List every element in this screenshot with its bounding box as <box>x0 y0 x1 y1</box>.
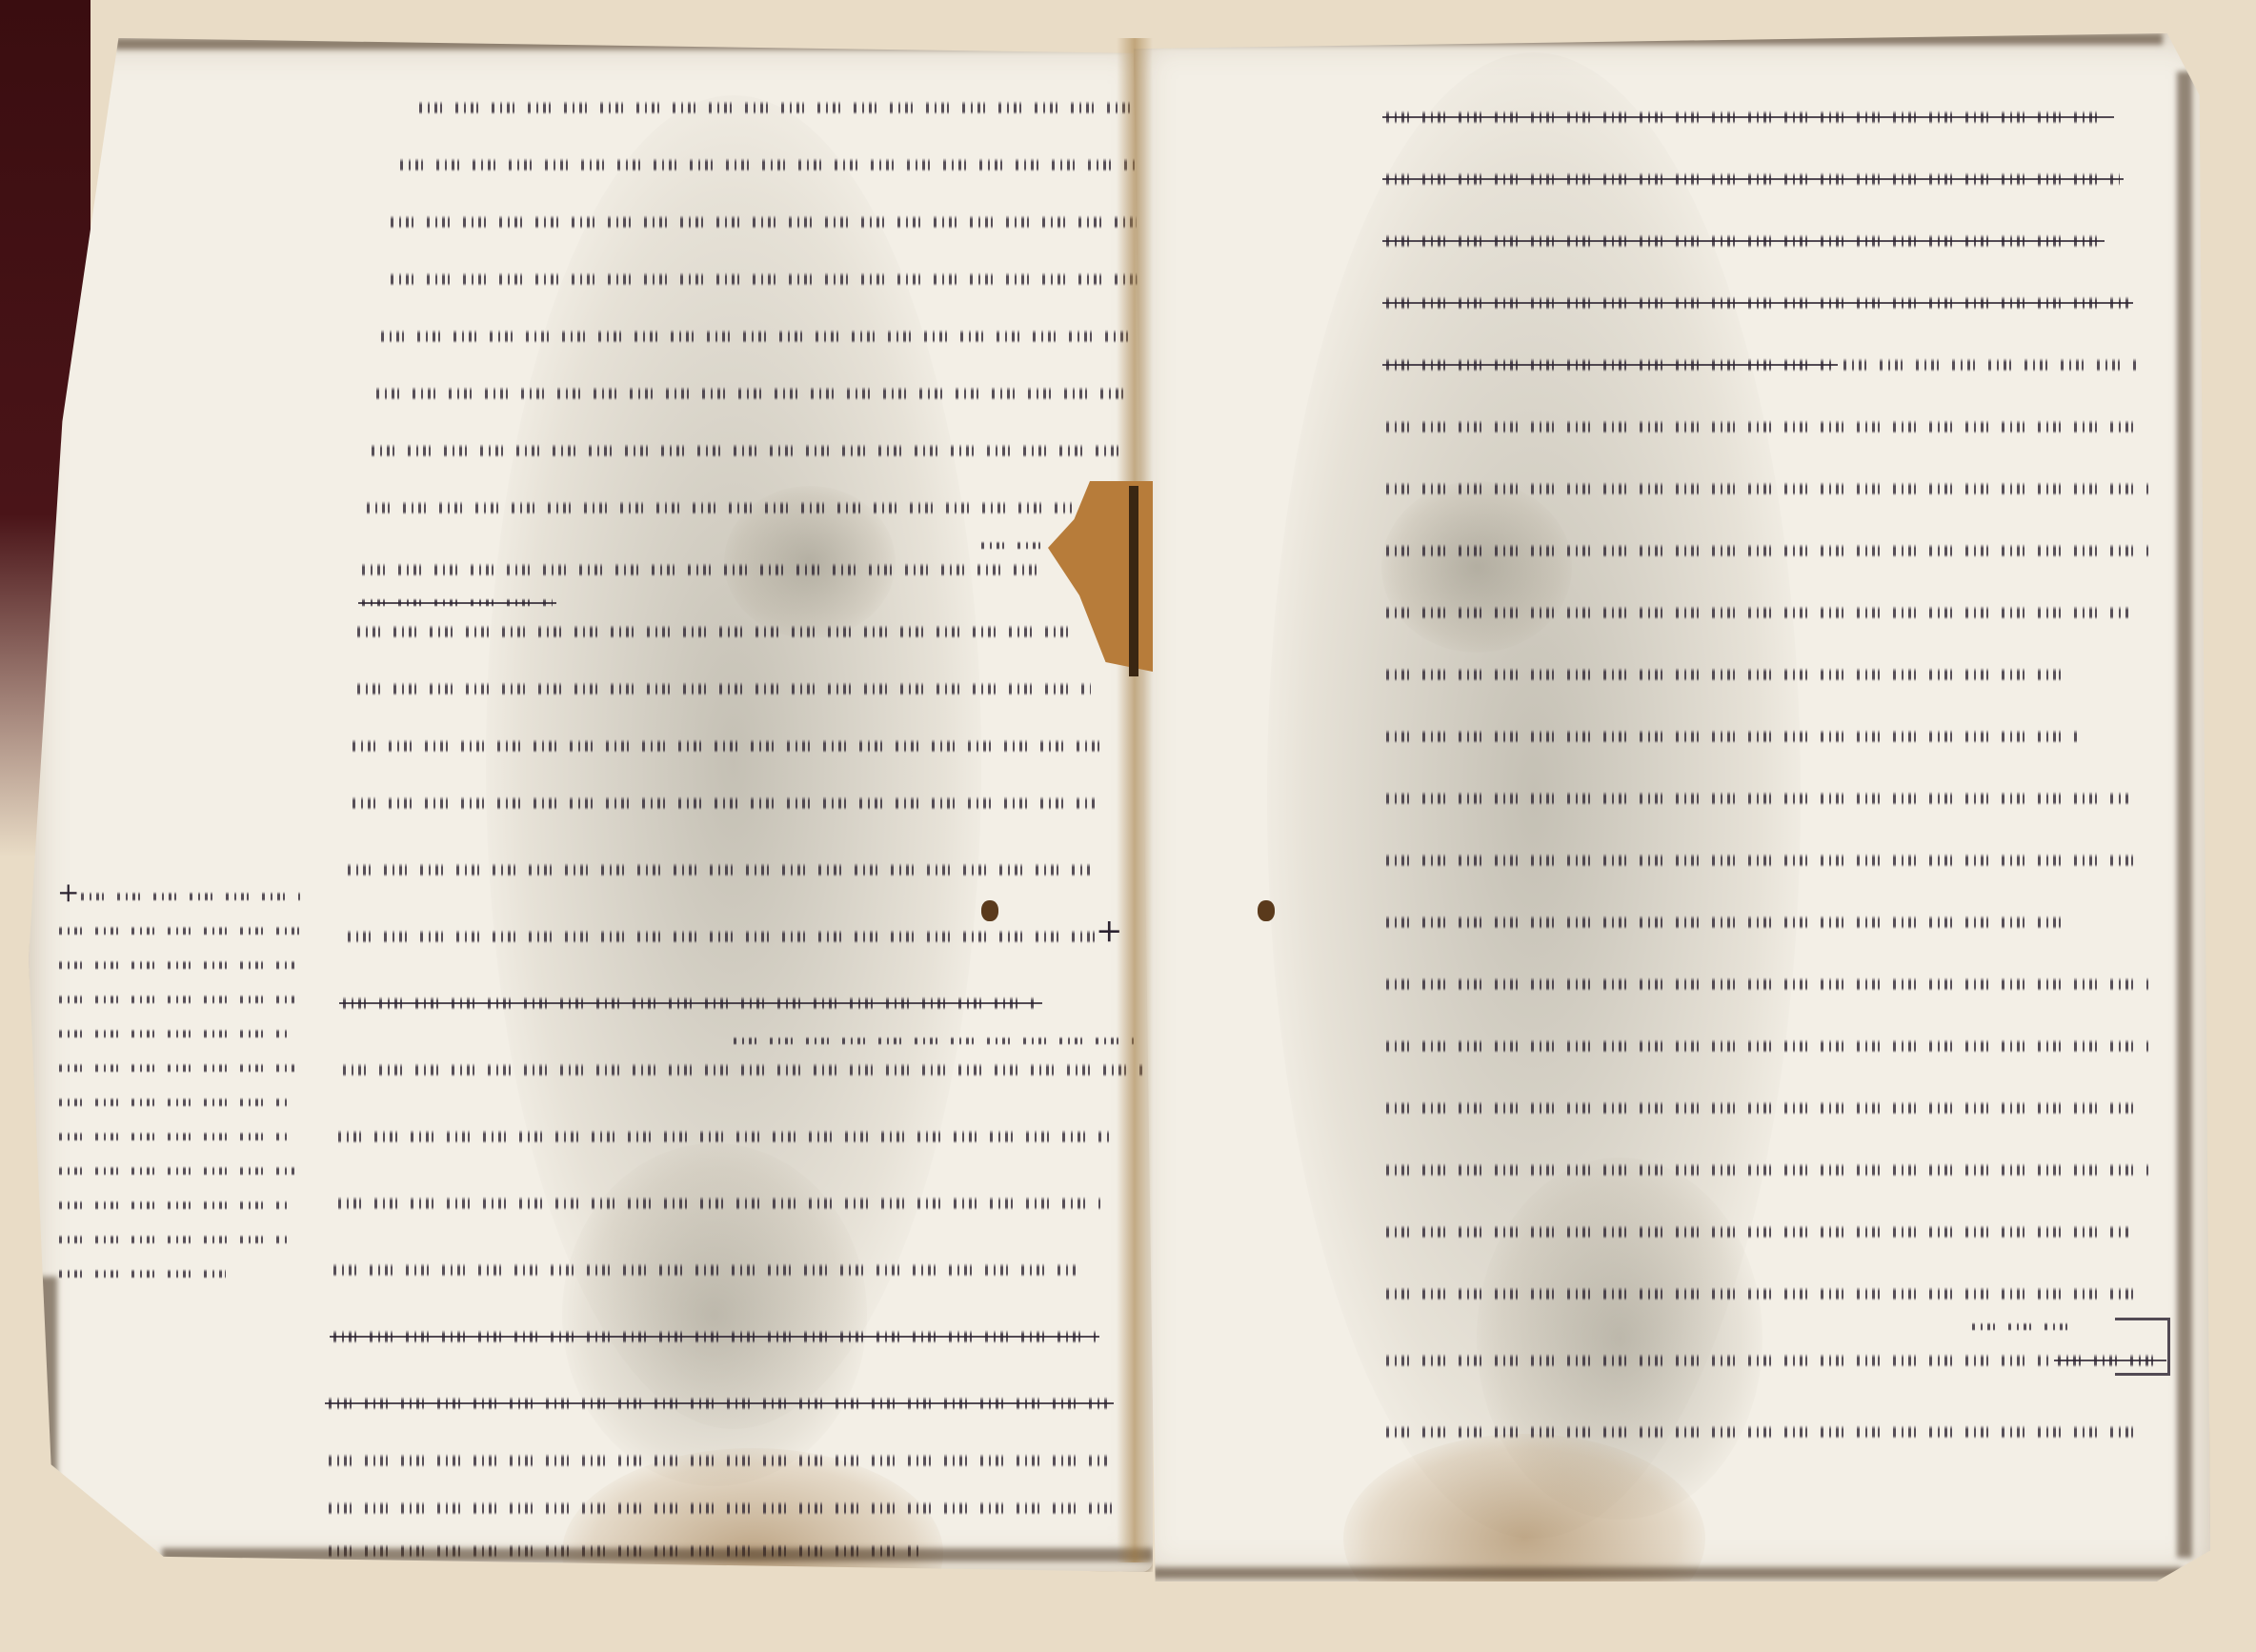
text-line <box>391 267 1143 294</box>
insertion-bracket <box>2115 1318 2170 1376</box>
text-line <box>376 381 1129 409</box>
text-line <box>352 791 1096 818</box>
burnt-edge <box>162 1548 1153 1561</box>
left-page: + + <box>29 38 1153 1572</box>
text-line <box>381 324 1143 352</box>
text-line <box>1386 1348 2053 1376</box>
margin-line <box>59 1058 297 1081</box>
worm-hole <box>981 900 998 921</box>
struck-line <box>329 1391 1110 1419</box>
text-line <box>362 557 1048 585</box>
interlinear-note <box>734 1029 1134 1057</box>
struck-line <box>1386 229 2101 256</box>
margin-line <box>59 955 297 978</box>
margin-line <box>59 1195 288 1219</box>
text-line <box>1386 476 2148 504</box>
text-line <box>367 495 1072 523</box>
text-line <box>338 1191 1100 1219</box>
text-line <box>343 1058 1143 1085</box>
margin-line <box>59 920 302 944</box>
text-line <box>1386 414 2139 442</box>
worm-hole <box>1258 900 1275 921</box>
text-line <box>372 438 1124 466</box>
margin-line <box>81 886 300 910</box>
interlinear-insertion <box>1972 1315 2067 1342</box>
burnt-edge <box>1153 1567 2182 1579</box>
text-line <box>333 1258 1077 1285</box>
text-line <box>357 619 1081 647</box>
margin-line <box>59 1160 297 1184</box>
text-line <box>329 1496 1119 1523</box>
text-line <box>1386 848 2139 876</box>
margin-line <box>59 1023 288 1047</box>
text-line <box>1386 1158 2148 1185</box>
text-line <box>1386 600 2129 628</box>
text-line <box>1386 538 2148 566</box>
text-line <box>1386 1281 2139 1309</box>
struck-line <box>1386 105 2110 132</box>
text-line <box>348 924 1100 952</box>
margin-line <box>59 1092 288 1116</box>
margin-line <box>59 1229 288 1253</box>
text-line <box>352 734 1105 761</box>
margin-line <box>59 989 297 1013</box>
burnt-edge <box>2177 71 2192 1558</box>
struck-interlinear <box>362 591 553 618</box>
margin-line <box>59 1263 226 1287</box>
text-line <box>1386 1096 2139 1123</box>
struck-line <box>333 1324 1096 1352</box>
struck-line <box>1386 353 1834 380</box>
struck-line <box>343 991 1038 1018</box>
cross-mark-left-margin: + <box>57 876 79 909</box>
burnt-edge <box>29 1277 57 1562</box>
burnt-edge <box>1134 33 2163 45</box>
struck-line <box>1386 291 2129 318</box>
struck-line <box>1386 167 2120 194</box>
book-gutter <box>1117 38 1153 1562</box>
right-page <box>1134 33 2210 1581</box>
burnt-edge <box>114 38 1124 50</box>
text-line <box>1386 1420 2139 1447</box>
text-line <box>1386 972 2148 999</box>
text-line <box>400 152 1153 180</box>
text-line <box>419 95 1143 123</box>
text-line <box>1843 353 2139 380</box>
text-line <box>391 210 1153 237</box>
margin-line <box>59 1126 288 1150</box>
text-line <box>1386 662 2072 690</box>
text-line <box>1386 724 2082 752</box>
text-line <box>1386 910 2072 937</box>
text-line <box>1386 1219 2129 1247</box>
text-line <box>338 1124 1110 1152</box>
text-line <box>329 1448 1110 1476</box>
text-line <box>1386 786 2129 814</box>
text-line <box>1386 1034 2148 1061</box>
text-line <box>357 676 1091 704</box>
text-line <box>348 857 1091 885</box>
tear-shadow <box>1129 486 1138 676</box>
